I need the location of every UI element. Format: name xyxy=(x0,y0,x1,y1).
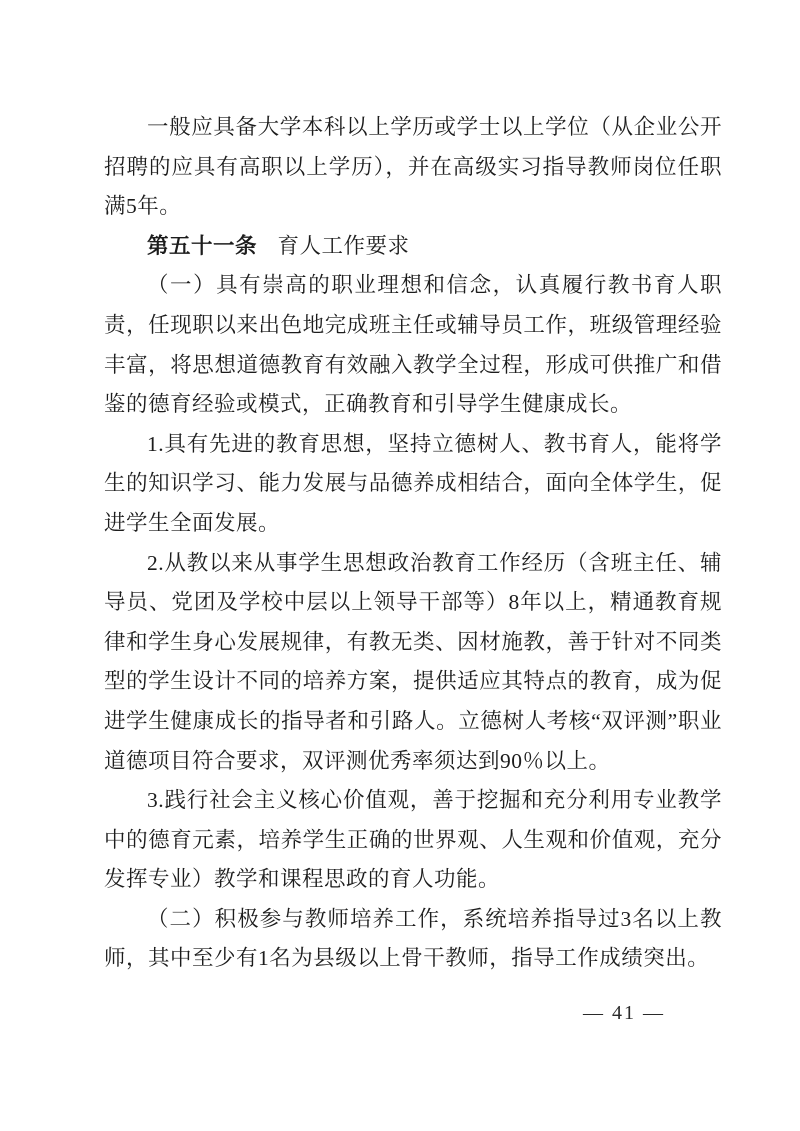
para-qualification: 一般应具备大学本科以上学历或学士以上学位（从企业公开招聘的应具有高职以上学历），… xyxy=(104,108,722,227)
para-item-one: （一）具有崇高的职业理想和信念，认真履行教书育人职责，任现职以来出色地完成班主任… xyxy=(104,266,722,424)
para-item-two: （二）积极参与教师培养工作，系统培养指导过3名以上教师，其中至少有1名为县级以上… xyxy=(104,900,722,979)
para-sub-item-1: 1.具有先进的教育思想，坚持立德树人、教书育人，能将学生的知识学习、能力发展与品… xyxy=(104,425,722,544)
para-sub-item-3: 3.践行社会主义核心价值观，善于挖掘和充分利用专业教学中的德育元素，培养学生正确… xyxy=(104,781,722,900)
para-sub-item-2: 2.从教以来从事学生思想政治教育工作经历（含班主任、辅导员、党团及学校中层以上领… xyxy=(104,544,722,782)
document-body: 一般应具备大学本科以上学历或学士以上学位（从企业公开招聘的应具有高职以上学历），… xyxy=(104,108,722,979)
article-title: 育人工作要求 xyxy=(277,234,409,258)
document-page: 一般应具备大学本科以上学历或学士以上学位（从企业公开招聘的应具有高职以上学历），… xyxy=(0,0,800,1131)
article-number: 第五十一条 xyxy=(147,234,257,258)
article-heading: 第五十一条育人工作要求 xyxy=(104,227,722,267)
page-number: — 41 — xyxy=(0,998,722,1028)
